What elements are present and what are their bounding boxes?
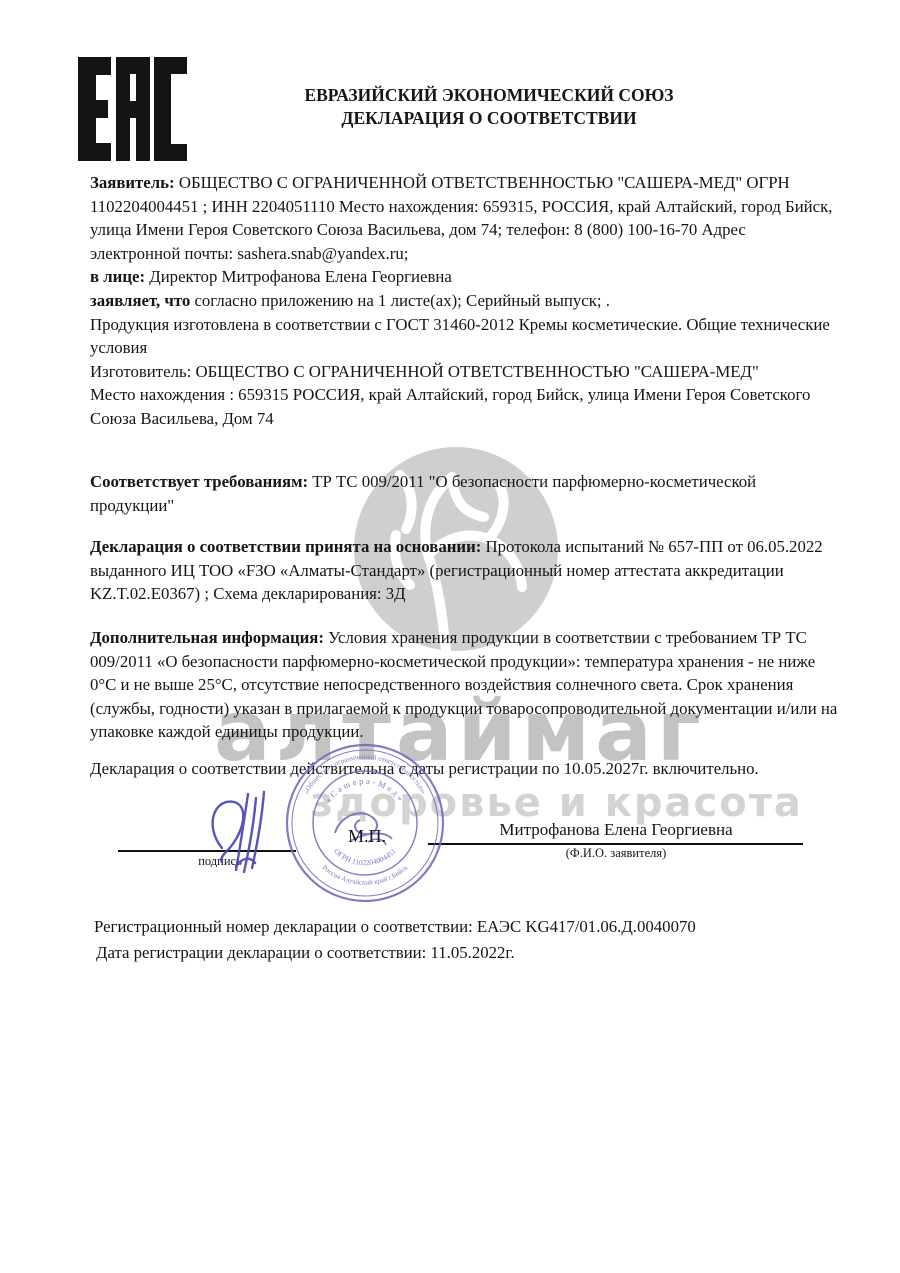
fio-caption: (Ф.И.О. заявителя) bbox=[430, 846, 802, 861]
basis-label: Декларация о соответствии принята на осн… bbox=[90, 537, 486, 556]
declaration-document: алтаймаг здоровье и красота ЕВРАЗИЙСКИЙ … bbox=[0, 0, 900, 1273]
fio-line bbox=[428, 843, 803, 845]
title-line-declaration: ДЕКЛАРАЦИЯ О СООТВЕТСТВИИ bbox=[78, 107, 900, 130]
registration-number-line: Регистрационный номер декларации о соотв… bbox=[94, 915, 842, 939]
section-manufacturer-address: Место нахождения : 659315 РОССИЯ, край А… bbox=[90, 383, 838, 430]
product-text: Продукция изготовлена в соответствии с Г… bbox=[90, 315, 830, 358]
person-text: Директор Митрофанова Елена Георгиевна bbox=[149, 267, 452, 286]
declares-text: согласно приложению на 1 листе(ах); Сери… bbox=[194, 291, 609, 310]
title-line-union: ЕВРАЗИЙСКИЙ ЭКОНОМИЧЕСКИЙ СОЮЗ bbox=[78, 84, 900, 107]
person-label: в лице: bbox=[90, 267, 149, 286]
applicant-text: ОБЩЕСТВО С ОГРАНИЧЕННОЙ ОТВЕТСТВЕННОСТЬЮ… bbox=[90, 173, 832, 263]
section-product: Продукция изготовлена в соответствии с Г… bbox=[90, 313, 838, 360]
manufacturer-address-text: Место нахождения : 659315 РОССИЯ, край А… bbox=[90, 385, 810, 428]
document-title: ЕВРАЗИЙСКИЙ ЭКОНОМИЧЕСКИЙ СОЮЗ ДЕКЛАРАЦИ… bbox=[0, 84, 900, 130]
additional-info-label: Дополнительная информация: bbox=[90, 628, 328, 647]
applicant-name-block: Митрофанова Елена Георгиевна bbox=[430, 820, 802, 840]
basis-paragraph: Декларация о соответствии принята на осн… bbox=[90, 535, 838, 606]
applicant-paragraph: Заявитель: ОБЩЕСТВО С ОГРАНИЧЕННОЙ ОТВЕТ… bbox=[90, 171, 838, 431]
section-applicant: Заявитель: ОБЩЕСТВО С ОГРАНИЧЕННОЙ ОТВЕТ… bbox=[90, 171, 838, 265]
validity-line: Декларация о соответствии действительна … bbox=[90, 757, 838, 781]
conformity-paragraph: Соответствует требованиям: ТР ТС 009/201… bbox=[90, 470, 838, 517]
registration-date-line: Дата регистрации декларации о соответств… bbox=[96, 941, 844, 965]
additional-info-paragraph: Дополнительная информация: Условия хране… bbox=[90, 626, 838, 744]
stamp-ogrn-text: ОГРН 1102204004451 bbox=[332, 847, 398, 868]
applicant-label: Заявитель: bbox=[90, 173, 179, 192]
company-stamp-icon: «Общество с ограниченной ответственность… bbox=[280, 738, 450, 908]
stamp-place-label: М.П. bbox=[348, 826, 386, 847]
declares-label: заявляет, что bbox=[90, 291, 194, 310]
section-person: в лице: Директор Митрофанова Елена Георг… bbox=[90, 265, 838, 289]
applicant-name: Митрофанова Елена Георгиевна bbox=[430, 820, 802, 840]
manufacturer-text: Изготовитель: ОБЩЕСТВО С ОГРАНИЧЕННОЙ ОТ… bbox=[90, 362, 759, 381]
conformity-label: Соответствует требованиям: bbox=[90, 472, 312, 491]
section-declares: заявляет, что согласно приложению на 1 л… bbox=[90, 289, 838, 313]
section-manufacturer: Изготовитель: ОБЩЕСТВО С ОГРАНИЧЕННОЙ ОТ… bbox=[90, 360, 838, 384]
